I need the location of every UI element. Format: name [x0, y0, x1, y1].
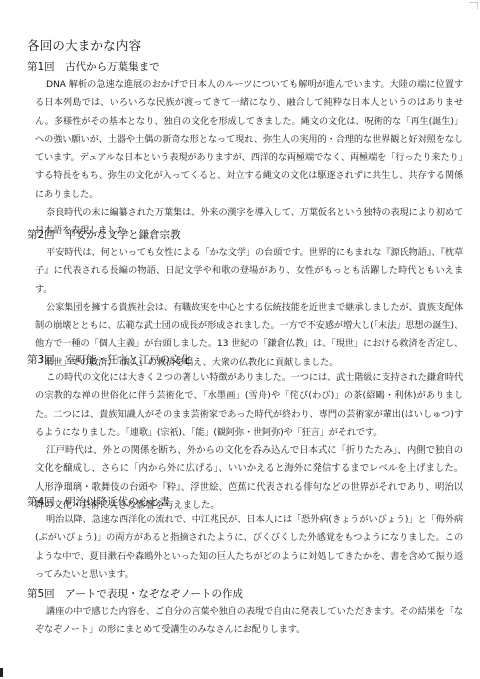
section-heading: 第3回 室町能・狂言と江戸の文化	[27, 351, 463, 369]
document-title: 各回の大まかな内容	[27, 36, 141, 54]
section-1: 第1回 古代から万葉集まで DNA 解析の急速な進展のおかげで日本人のルーツにつ…	[27, 58, 463, 241]
document-page: 各回の大まかな内容 第1回 古代から万葉集まで DNA 解析の急速な進展のおかげ…	[0, 0, 480, 679]
section-paragraph: この時代の文化には大きく２つの著しい特徴がありました。一つには、武士階級に支持さ…	[27, 369, 463, 442]
section-heading: 第2回 平安かな文学と鎌倉宗教	[27, 226, 463, 244]
scan-edge-mark	[0, 668, 3, 677]
section-3: 第3回 室町能・狂言と江戸の文化 この時代の文化には大きく２つの著しい特徴があり…	[27, 351, 463, 515]
section-5: 第5回 アートで表現・なぞなぞノートの作成 講座の中で感じた内容を、ご自分の言葉…	[27, 585, 463, 640]
section-4: 第4回 明治以降近代の心と書 明治以降、急速な西洋化の流れで、中江兆民が、日本人…	[27, 493, 463, 584]
section-paragraph: 明治以降、急速な西洋化の流れで、中江兆民が、日本人には「恐外病(きょうがいびょう…	[27, 511, 463, 584]
section-heading: 第5回 アートで表現・なぞなぞノートの作成	[27, 585, 463, 603]
section-heading: 第4回 明治以降近代の心と書	[27, 493, 463, 511]
section-paragraph: 平安時代は、何といっても女性による「かな文学」の台頭です。世界的にもまれな『源氏…	[27, 244, 463, 299]
section-paragraph: DNA 解析の急速な進展のおかげで日本人のルーツについても解明が進んでいます。大…	[27, 76, 463, 204]
section-paragraph: 講座の中で感じた内容を、ご自分の言葉や独自の表現で自由に発表していただきます。そ…	[27, 603, 463, 640]
section-heading: 第1回 古代から万葉集まで	[27, 58, 463, 76]
scan-corner-mark	[469, 2, 478, 9]
